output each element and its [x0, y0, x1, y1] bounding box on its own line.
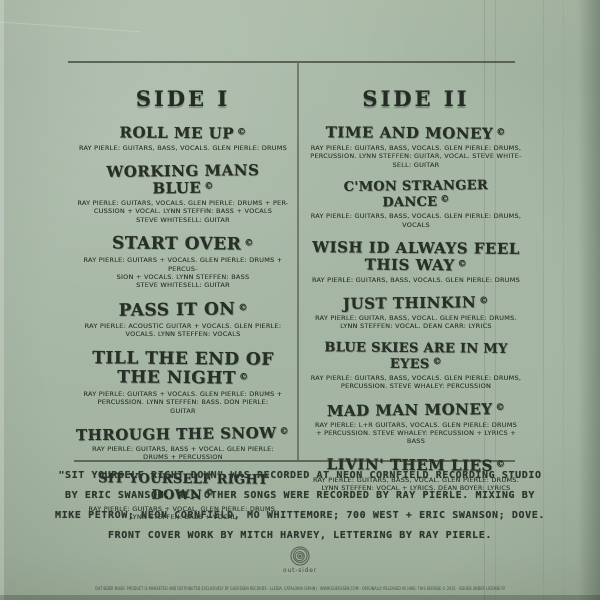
copyright-mark: ©	[433, 356, 442, 366]
track-title-text: PASS IT ON	[118, 299, 235, 320]
track-title-text: ROLL ME UP	[119, 123, 234, 142]
label-name: out-sider	[260, 567, 340, 574]
track-title-text: THROUGH THE SNOW	[76, 424, 277, 444]
track-title: JUST THINKIN©	[315, 294, 517, 313]
track-title-text: JUST THINKIN	[343, 293, 476, 313]
track-title: C'MON STRANGER DANCE©	[309, 179, 523, 212]
track-credits: RAY PIERLE: L+R GUITARS, VOCALS. GLEN PI…	[315, 421, 517, 446]
concentric-rings-logo-icon	[290, 546, 310, 566]
track-credits: RAY PIERLE: GUITARS, BASS, VOCALS. GLEN …	[309, 374, 523, 391]
copyright-mark: ©	[237, 127, 247, 137]
sleeve-bottom-edge	[0, 595, 600, 600]
copyright-mark: ©	[280, 427, 290, 437]
album-back-cover: SIDE I ROLL ME UP© RAY PIERLE: GUITARS, …	[0, 0, 600, 600]
track-entry: WORKING MANS BLUE© RAY PIERLE: GUITARS, …	[76, 163, 290, 224]
recording-note-line: BY ERIC SWANSON. ALL OTHER SONGS WERE RE…	[40, 486, 560, 506]
track-entry: BLUE SKIES ARE IN MY EYES© RAY PIERLE: G…	[309, 342, 523, 391]
recording-notes: "SIT YOURSELF RIGHT DOWN" WAS RECORDED A…	[40, 466, 560, 546]
copyright-mark: ©	[440, 194, 449, 204]
track-entry: C'MON STRANGER DANCE© RAY PIERLE: GUITAR…	[309, 180, 523, 229]
track-entry: TIME AND MONEY© RAY PIERLE: GUITARS, BAS…	[310, 125, 521, 169]
track-title: TILL THE END OF THE NIGHT©	[76, 349, 290, 389]
track-title: BLUE SKIES ARE IN MY EYES©	[309, 341, 523, 373]
track-credits: RAY PIERLE: GUITARS, VOCALS. GLEN PIERLE…	[76, 199, 290, 224]
track-credits: RAY PIERLE: GUITARS + VOCALS. GLEN PIERL…	[70, 256, 296, 290]
track-entry: THROUGH THE SNOW© RAY PIERLE: GUITARS, B…	[76, 426, 289, 462]
copyright-mark: ©	[238, 303, 248, 313]
track-title: WISH ID ALWAYS FEEL THIS WAY©	[309, 239, 523, 274]
track-title-text: WORKING MANS BLUE	[106, 161, 259, 197]
track-title-text: C'MON STRANGER DANCE	[344, 178, 488, 210]
recording-note-line: "SIT YOURSELF RIGHT DOWN" WAS RECORDED A…	[40, 466, 560, 486]
track-credits: RAY PIERLE: GUITARS, BASS, VOCALS. GLEN …	[310, 144, 521, 169]
track-title: PASS IT ON©	[85, 300, 282, 321]
track-entry: WISH ID ALWAYS FEEL THIS WAY© RAY PIERLE…	[309, 240, 523, 284]
track-credits: RAY PIERLE: GUITARS, BASS, VOCALS. GLEN …	[309, 212, 523, 229]
track-title-text: TIME AND MONEY	[326, 123, 494, 142]
track-entry: TILL THE END OF THE NIGHT© RAY PIERLE: G…	[76, 350, 290, 415]
track-credits: RAY PIERLE: ACOUSTIC GUITAR + VOCALS. GL…	[85, 322, 282, 339]
copyright-mark: ©	[479, 296, 489, 306]
track-title: WORKING MANS BLUE©	[76, 162, 290, 198]
sleeve-left-edge	[0, 0, 4, 600]
track-credits: RAY PIERLE: GUITARS, BASS, VOCALS. GLEN …	[309, 276, 523, 284]
copyright-mark: ©	[496, 128, 506, 138]
pink-scan-line	[563, 0, 564, 600]
track-title: START OVER©	[76, 234, 290, 255]
copyright-mark: ©	[244, 239, 254, 249]
track-title-text: BLUE SKIES ARE IN MY EYES	[324, 340, 507, 371]
recording-note-line: FRONT COVER WORK BY MITCH HARVEY, LETTER…	[40, 526, 560, 546]
track-entry: START OVER© RAY PIERLE: GUITARS + VOCALS…	[70, 235, 296, 290]
track-title: TIME AND MONEY©	[310, 124, 522, 143]
side-two-column: SIDE II TIME AND MONEY© RAY PIERLE: GUIT…	[303, 70, 529, 458]
track-title: MAD MAN MONEY©	[315, 401, 517, 420]
track-title: THROUGH THE SNOW©	[76, 425, 289, 444]
track-credits: RAY PIERLE: GUITARS, BASS, VOCALS. GLEN …	[79, 144, 287, 152]
frame-top-line	[68, 61, 515, 63]
track-entry: ROLL ME UP© RAY PIERLE: GUITARS, BASS, V…	[79, 125, 287, 152]
copyright-mark: ©	[239, 372, 249, 382]
track-title-text: START OVER	[112, 234, 242, 255]
side-one-heading: SIDE I	[136, 86, 230, 111]
side-two-heading: SIDE II	[362, 86, 469, 111]
track-title: ROLL ME UP©	[79, 124, 287, 143]
side-one-column: SIDE I ROLL ME UP© RAY PIERLE: GUITARS, …	[70, 70, 296, 458]
track-credits: RAY PIERLE: GUITAR, BASS, VOCAL. GLEN PI…	[315, 314, 517, 331]
track-credits: RAY PIERLE: GUITARS, BASS + VOCAL. GLEN …	[76, 445, 289, 462]
column-divider-line	[297, 63, 299, 460]
track-entry: MAD MAN MONEY© RAY PIERLE: L+R GUITARS, …	[315, 402, 517, 446]
record-label: out-sider	[260, 546, 340, 574]
recording-note-line: MIKE PETROW; NEON CORNFIELD, MO WHITTEMO…	[40, 506, 560, 526]
copyright-mark: ©	[495, 403, 505, 413]
fine-print: OUT-SIDER MUSIC PRODUCT IS MARKETED AND …	[95, 586, 505, 591]
copyright-mark: ©	[458, 259, 468, 269]
track-credits: RAY PIERLE: GUITARS + VOCALS. GLEN PIERL…	[76, 390, 290, 415]
track-entry: PASS IT ON© RAY PIERLE: ACOUSTIC GUITAR …	[85, 301, 282, 339]
track-title-text: WISH ID ALWAYS FEEL THIS WAY	[312, 238, 520, 274]
sleeve-right-edge	[578, 0, 600, 600]
copyright-mark: ©	[204, 182, 214, 192]
track-entry: JUST THINKIN© RAY PIERLE: GUITAR, BASS, …	[315, 295, 517, 331]
scratch-mark	[0, 21, 140, 32]
track-title-text: MAD MAN MONEY	[327, 400, 493, 420]
